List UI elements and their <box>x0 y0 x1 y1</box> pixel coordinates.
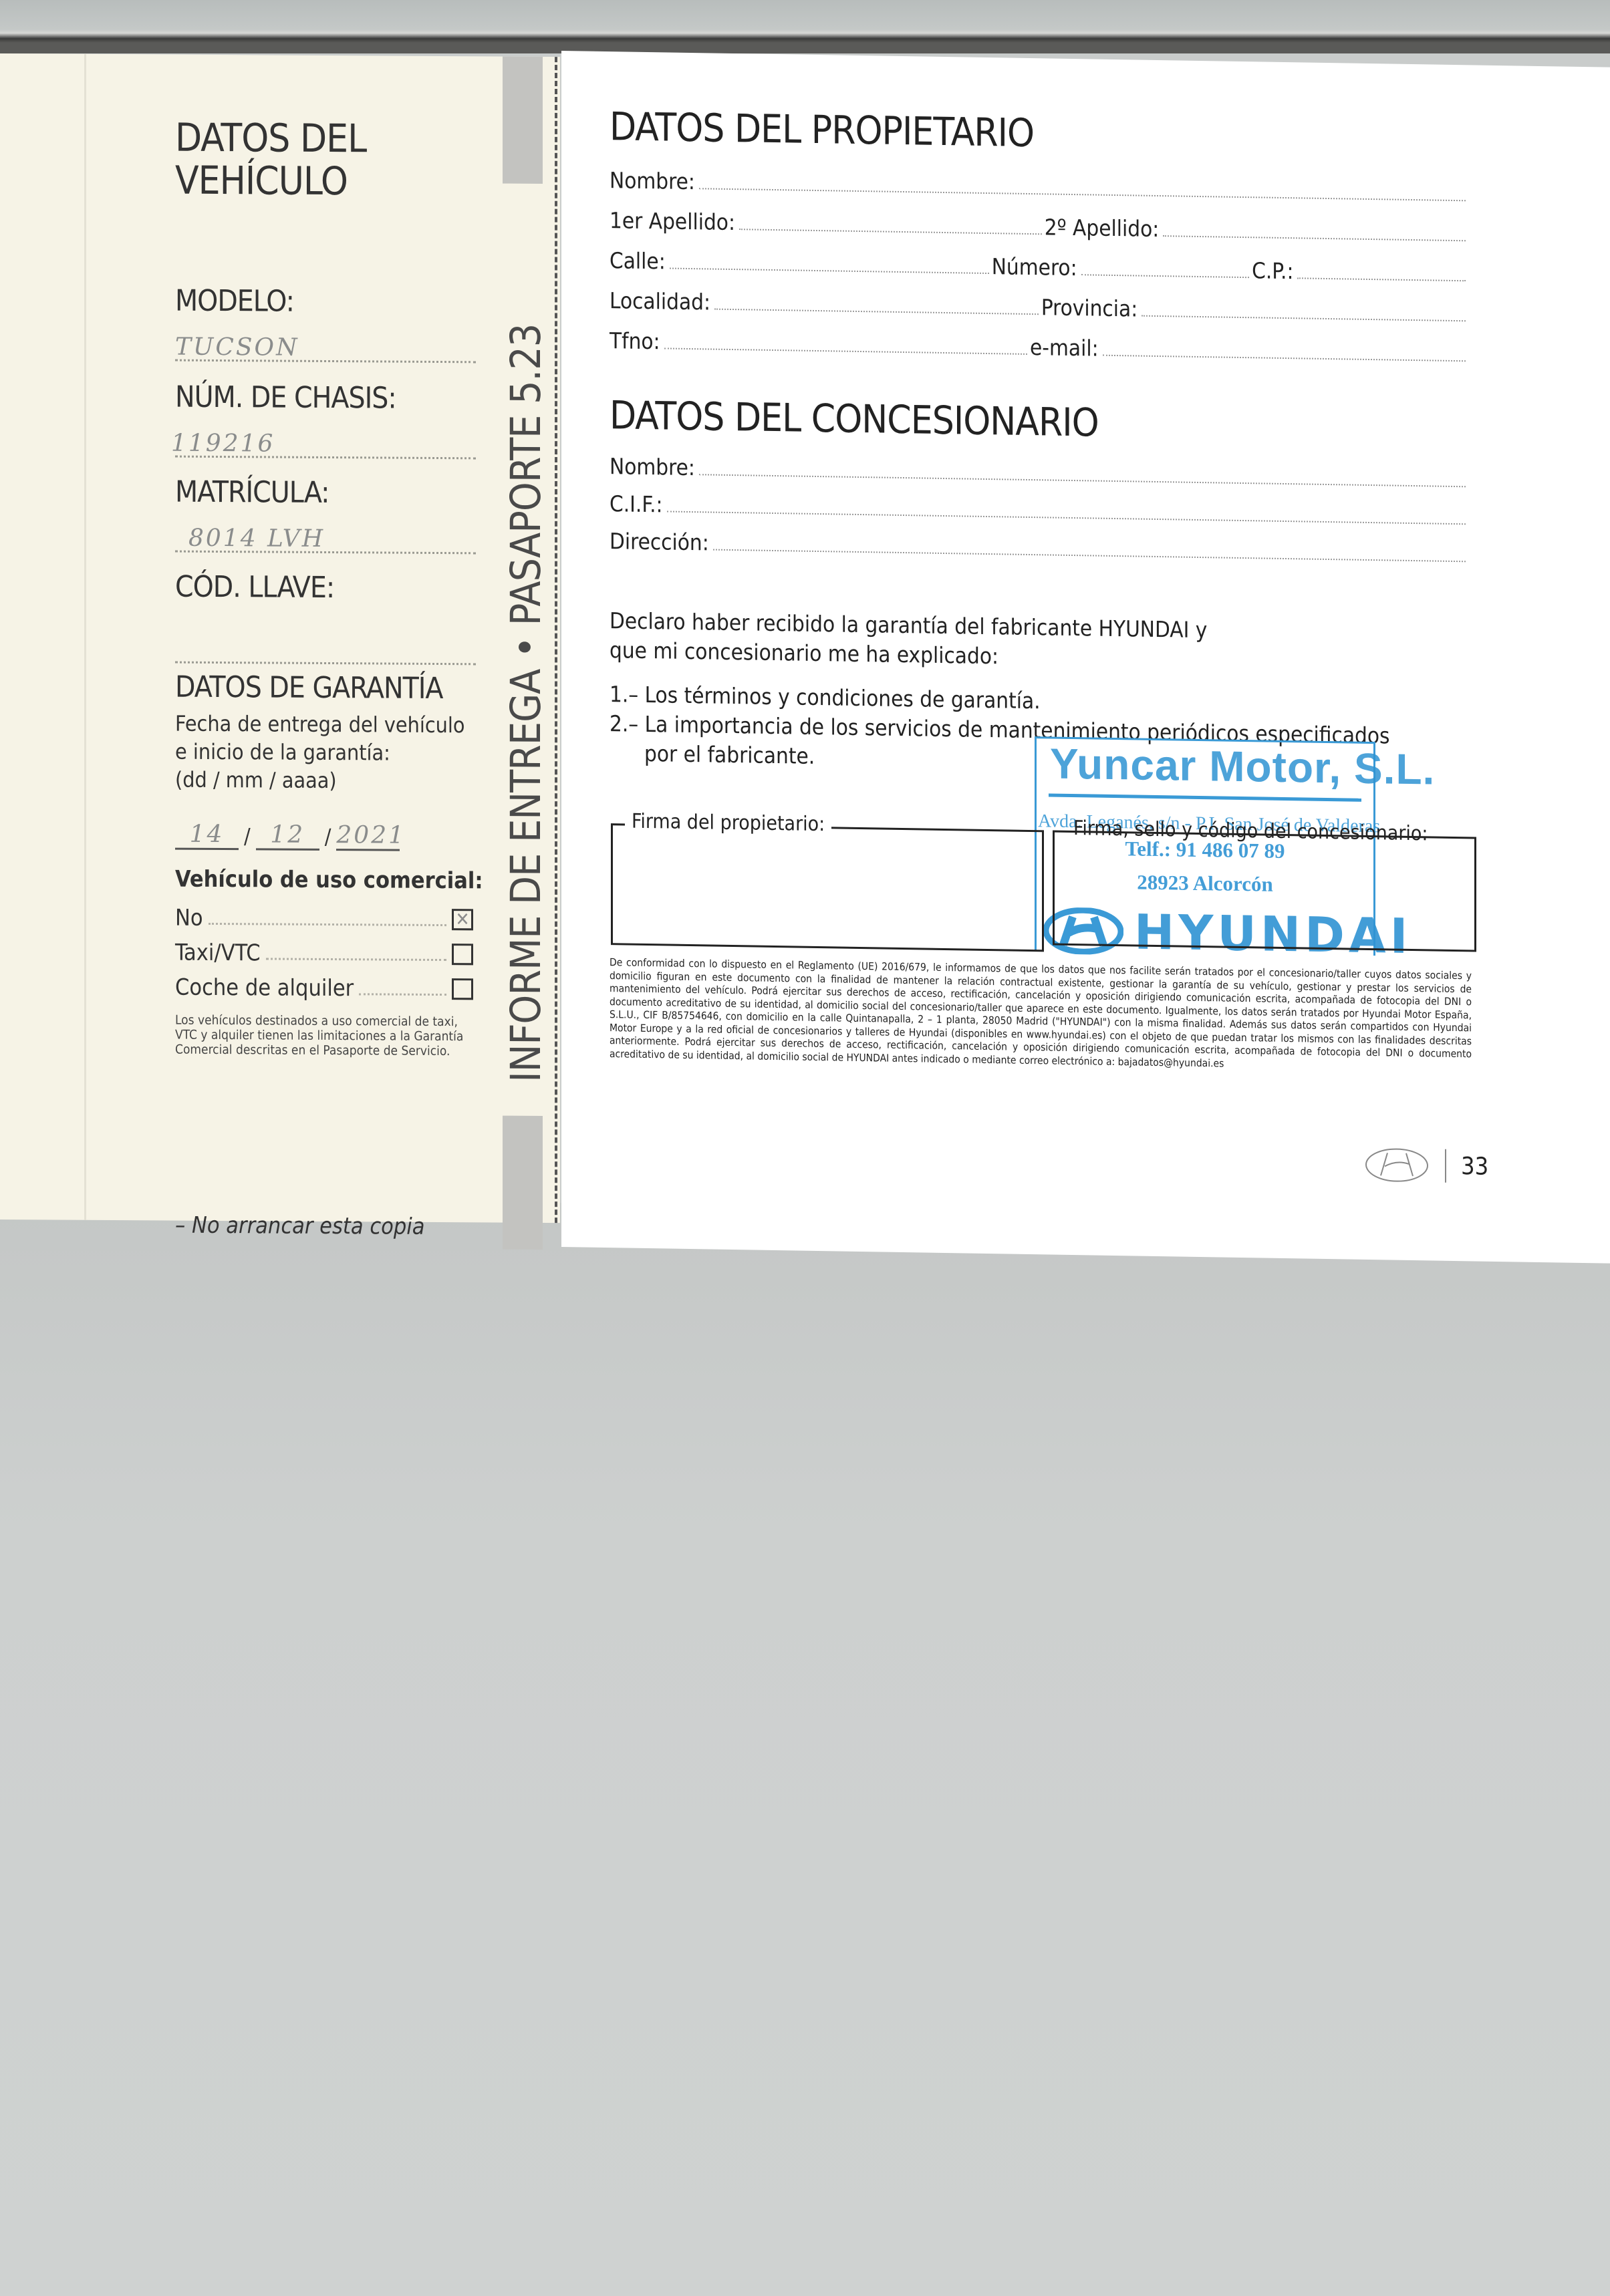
owner-numero-input[interactable] <box>1081 274 1250 278</box>
matricula-input[interactable]: 8014 LVH <box>175 509 476 555</box>
dealer-cif-input[interactable] <box>667 511 1466 525</box>
field-label: Nombre: <box>610 453 695 480</box>
field-label: MODELO: <box>175 285 476 320</box>
field-label: 1er Apellido: <box>610 207 735 235</box>
handwritten-value: 119216 <box>171 430 275 458</box>
date-month-value: 12 <box>270 821 305 848</box>
field-label: Nombre: <box>610 167 695 194</box>
option-rental: Coche de alquiler <box>175 966 473 1003</box>
dealer-direccion-row: Dirección: <box>610 525 1468 567</box>
owner-email-input[interactable] <box>1103 355 1466 362</box>
date-month-input[interactable]: 12 <box>256 821 319 851</box>
owner-localidad-input[interactable] <box>714 309 1039 315</box>
handwritten-value: 8014 LVH <box>188 525 325 553</box>
checkbox-rental[interactable] <box>452 978 473 1000</box>
field-label: Dirección: <box>610 528 709 555</box>
owner-localidad-row: Localidad: Provincia: <box>610 284 1468 327</box>
footer-separator <box>1445 1149 1446 1183</box>
owner-cp-input[interactable] <box>1297 277 1466 281</box>
owner-nombre-row: Nombre: <box>610 164 1468 206</box>
date-year-value: 2021 <box>336 821 406 849</box>
date-year-input[interactable]: 2021 <box>336 821 400 851</box>
warranty-title: DATOS DE GARANTÍA <box>175 671 483 706</box>
field-chasis: NÚM. DE CHASIS: 119216 <box>175 381 476 460</box>
owner-calle-input[interactable] <box>670 268 989 275</box>
dealer-nombre-row: Nombre: <box>610 450 1468 492</box>
warranty-section: DATOS DE GARANTÍA Fecha de entrega del v… <box>175 671 483 1059</box>
owner-provincia-input[interactable] <box>1142 315 1466 322</box>
dealer-section-title: DATOS DEL CONCESIONARIO <box>610 392 1099 445</box>
field-modelo: MODELO: TUCSON <box>175 285 476 364</box>
vehicle-stub-page: DATOS DEL VEHÍCULO MODELO: TUCSON NÚM. D… <box>0 53 560 1223</box>
scanner-background <box>0 1203 1610 2296</box>
field-label: Tfno: <box>610 327 660 354</box>
field-label: Calle: <box>610 247 666 274</box>
owner-apellido2-input[interactable] <box>1163 235 1466 241</box>
vehicle-title-line2: VEHÍCULO <box>175 159 476 204</box>
owner-calle-row: Calle: Número: C.P.: <box>610 244 1468 287</box>
dealer-signature-label: Firma, sello y código del concesionario: <box>1067 817 1435 846</box>
field-label: 2º Apellido: <box>1045 214 1160 242</box>
dealer-signature-box[interactable]: Firma, sello y código del concesionario: <box>1053 831 1476 952</box>
perforation-line <box>555 57 557 1223</box>
do-not-tear-note: – No arrancar esta copia <box>175 1212 425 1240</box>
date-day-value: 14 <box>190 821 225 848</box>
option-no: No ✕ <box>175 897 473 934</box>
option-label: Taxi/VTC <box>175 940 261 967</box>
dotted-leader <box>266 958 446 961</box>
delivery-date: 14 / 12 / 2021 <box>175 813 483 852</box>
handwritten-value: TUCSON <box>175 333 299 362</box>
checkbox-no[interactable]: ✕ <box>452 909 473 930</box>
owner-apellido1-input[interactable] <box>739 229 1042 235</box>
stamp-dealer-name: Yuncar Motor, S.L. <box>1050 738 1435 794</box>
modelo-input[interactable]: TUCSON <box>175 318 476 364</box>
fold-line <box>84 54 86 1220</box>
dotted-leader <box>359 993 446 996</box>
owner-apellidos-row: 1er Apellido: 2º Apellido: <box>610 204 1468 247</box>
field-matricula: MATRÍCULA: 8014 LVH <box>175 476 476 555</box>
vehicle-title-line1: DATOS DEL <box>175 116 476 161</box>
owner-tfno-input[interactable] <box>664 347 1027 355</box>
field-label: e-mail: <box>1030 334 1099 362</box>
field-label: Provincia: <box>1041 294 1137 321</box>
vehicle-data-section: DATOS DEL VEHÍCULO MODELO: TUCSON NÚM. D… <box>175 116 476 204</box>
dealer-nombre-input[interactable] <box>699 474 1466 487</box>
date-separator: / <box>244 822 251 850</box>
commercial-note: Los vehículos destinados a uso comercial… <box>175 1013 476 1059</box>
cod-llave-input[interactable] <box>175 604 476 666</box>
stamp-rule <box>1049 793 1361 801</box>
dealer-direccion-input[interactable] <box>713 549 1466 563</box>
option-label: No <box>175 905 203 931</box>
commercial-use-title: Vehículo de uso comercial: <box>175 866 483 895</box>
option-taxi: Taxi/VTC <box>175 931 473 968</box>
hyundai-logo-icon <box>1363 1146 1430 1185</box>
date-day-input[interactable]: 14 <box>175 821 239 851</box>
commercial-use-options: No ✕ Taxi/VTC Coche de alquiler <box>175 897 473 1003</box>
page-footer: 33 <box>1363 1146 1488 1185</box>
warranty-desc-1: Fecha de entrega del vehículo <box>175 710 483 740</box>
field-cod-llave: CÓD. LLAVE: <box>175 571 476 666</box>
field-label: MATRÍCULA: <box>175 476 476 511</box>
owner-section-title: DATOS DEL PROPIETARIO <box>610 104 1034 156</box>
document-page: DATOS DEL PROPIETARIO Nombre: 1er Apelli… <box>561 51 1610 1264</box>
privacy-notice: De conformidad con lo dispuesto en el Re… <box>610 956 1472 1074</box>
scanner-edge-top <box>0 0 1610 53</box>
dotted-leader <box>209 923 446 926</box>
field-label: C.P.: <box>1252 257 1293 284</box>
warranty-desc-2: e inicio de la garantía: <box>175 738 483 768</box>
field-label: C.I.F.: <box>610 490 663 517</box>
owner-signature-box[interactable]: Firma del propietario: <box>611 823 1044 952</box>
chasis-input[interactable]: 119216 <box>175 414 476 460</box>
date-format-hint: (dd / mm / aaaa) <box>175 766 483 796</box>
option-label: Coche de alquiler <box>175 974 354 1002</box>
field-label: NÚM. DE CHASIS: <box>175 381 476 416</box>
owner-nombre-input[interactable] <box>699 188 1466 201</box>
field-label: Localidad: <box>610 287 710 315</box>
vertical-title: INFORME DE ENTREGA • PASAPORTE 5.23 <box>503 100 549 1083</box>
owner-contact-row: Tfno: e-mail: <box>610 324 1468 367</box>
field-label: Número: <box>992 253 1077 281</box>
dealer-cif-row: C.I.F.: <box>610 487 1468 530</box>
checkbox-taxi[interactable] <box>452 944 473 965</box>
gray-tab-bottom <box>503 1116 543 1250</box>
owner-signature-label: Firma del propietario: <box>625 809 831 836</box>
date-separator: / <box>325 823 331 851</box>
check-mark-icon: ✕ <box>455 908 469 930</box>
page-number: 33 <box>1461 1153 1488 1181</box>
field-label: CÓD. LLAVE: <box>175 571 476 606</box>
